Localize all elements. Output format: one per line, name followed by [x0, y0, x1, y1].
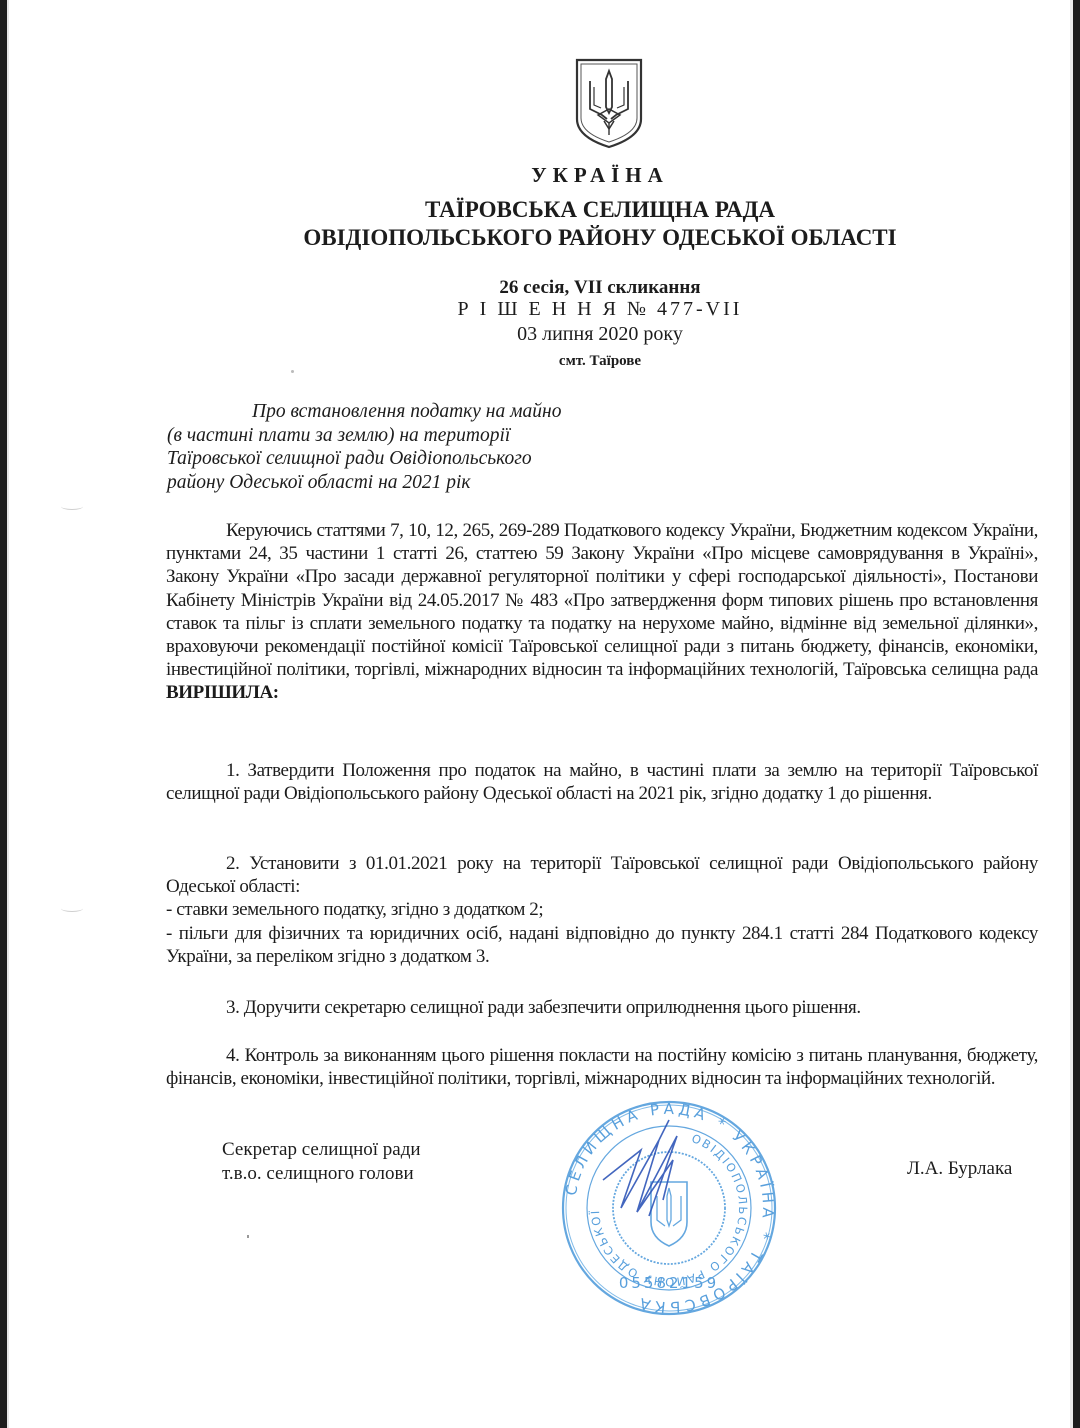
signatory-position-line2: т.в.о. селищного голови [222, 1162, 421, 1186]
decision-item-2-text: 2. Установити з 01.01.2021 року на терит… [166, 852, 1038, 898]
decision-subitem: - пільги для фізичних та юридичних осіб,… [166, 922, 1038, 968]
decision-item-2: 2. Установити з 01.01.2021 року на терит… [166, 852, 1038, 968]
decision-place: смт. Таїрове [0, 353, 1080, 370]
resolved-label: ВИРІШИЛА: [166, 682, 279, 703]
council-name: ТАЇРОВСЬКА СЕЛИЩНА РАДА ОВІДІОПОЛЬСЬКОГО… [0, 196, 1080, 252]
decision-item-3: 3. Доручити секретарю селищної ради забе… [166, 996, 1038, 1019]
punch-hole-shadow [61, 905, 83, 912]
signatory-position: Секретар селищної ради т.в.о. селищного … [222, 1138, 421, 1186]
decision-item-1: 1. Затвердити Положення про податок на м… [166, 759, 1038, 805]
document-page: УКРАЇНА ТАЇРОВСЬКА СЕЛИЩНА РАДА ОВІДІОПО… [9, 0, 1070, 1428]
decision-subject: Про встановлення податку на майно (в час… [167, 400, 627, 494]
decision-date: 03 липня 2020 року [0, 323, 1080, 346]
preamble-paragraph: Керуючись статтями 7, 10, 12, 265, 269-2… [166, 519, 1038, 705]
preamble-text: Керуючись статтями 7, 10, 12, 265, 269-2… [166, 520, 1038, 680]
decision-item-4: 4. Контроль за виконанням цього рішення … [166, 1044, 1038, 1090]
scan-dot [291, 370, 294, 373]
signatory-position-line1: Секретар селищної ради [222, 1138, 421, 1162]
subject-line: Таїровської селищної ради Овідіопольсько… [167, 447, 627, 471]
decision-subitem: - ставки земельного податку, згідно з до… [166, 898, 1038, 921]
official-stamp-icon: СЕЛИЩНА РАДА * УКРАЇНА * ТАЇРОВСЬКА ОВІД… [551, 1100, 787, 1316]
scan-mark [247, 1235, 249, 1238]
council-name-line2: ОВІДІОПОЛЬСЬКОГО РАЙОНУ ОДЕСЬКОЇ ОБЛАСТІ [0, 224, 1080, 252]
subject-line: району Одеської області на 2021 рік [167, 471, 627, 495]
country-heading: УКРАЇНА [0, 163, 1080, 188]
council-name-line1: ТАЇРОВСЬКА СЕЛИЩНА РАДА [0, 196, 1080, 224]
signatory-name: Л.А. Бурлака [907, 1158, 1012, 1180]
svg-text:05582159: 05582159 [619, 1274, 719, 1292]
punch-hole-shadow [61, 503, 83, 510]
subject-line: Про встановлення податку на майно [167, 400, 627, 424]
session-label: 26 сесія, VII скликання [0, 277, 1080, 299]
trident-coat-of-arms-icon [574, 57, 644, 149]
subject-line: (в частині плати за землю) на території [167, 424, 627, 448]
decision-number: Р І Ш Е Н Н Я № 477-VII [0, 298, 1080, 321]
